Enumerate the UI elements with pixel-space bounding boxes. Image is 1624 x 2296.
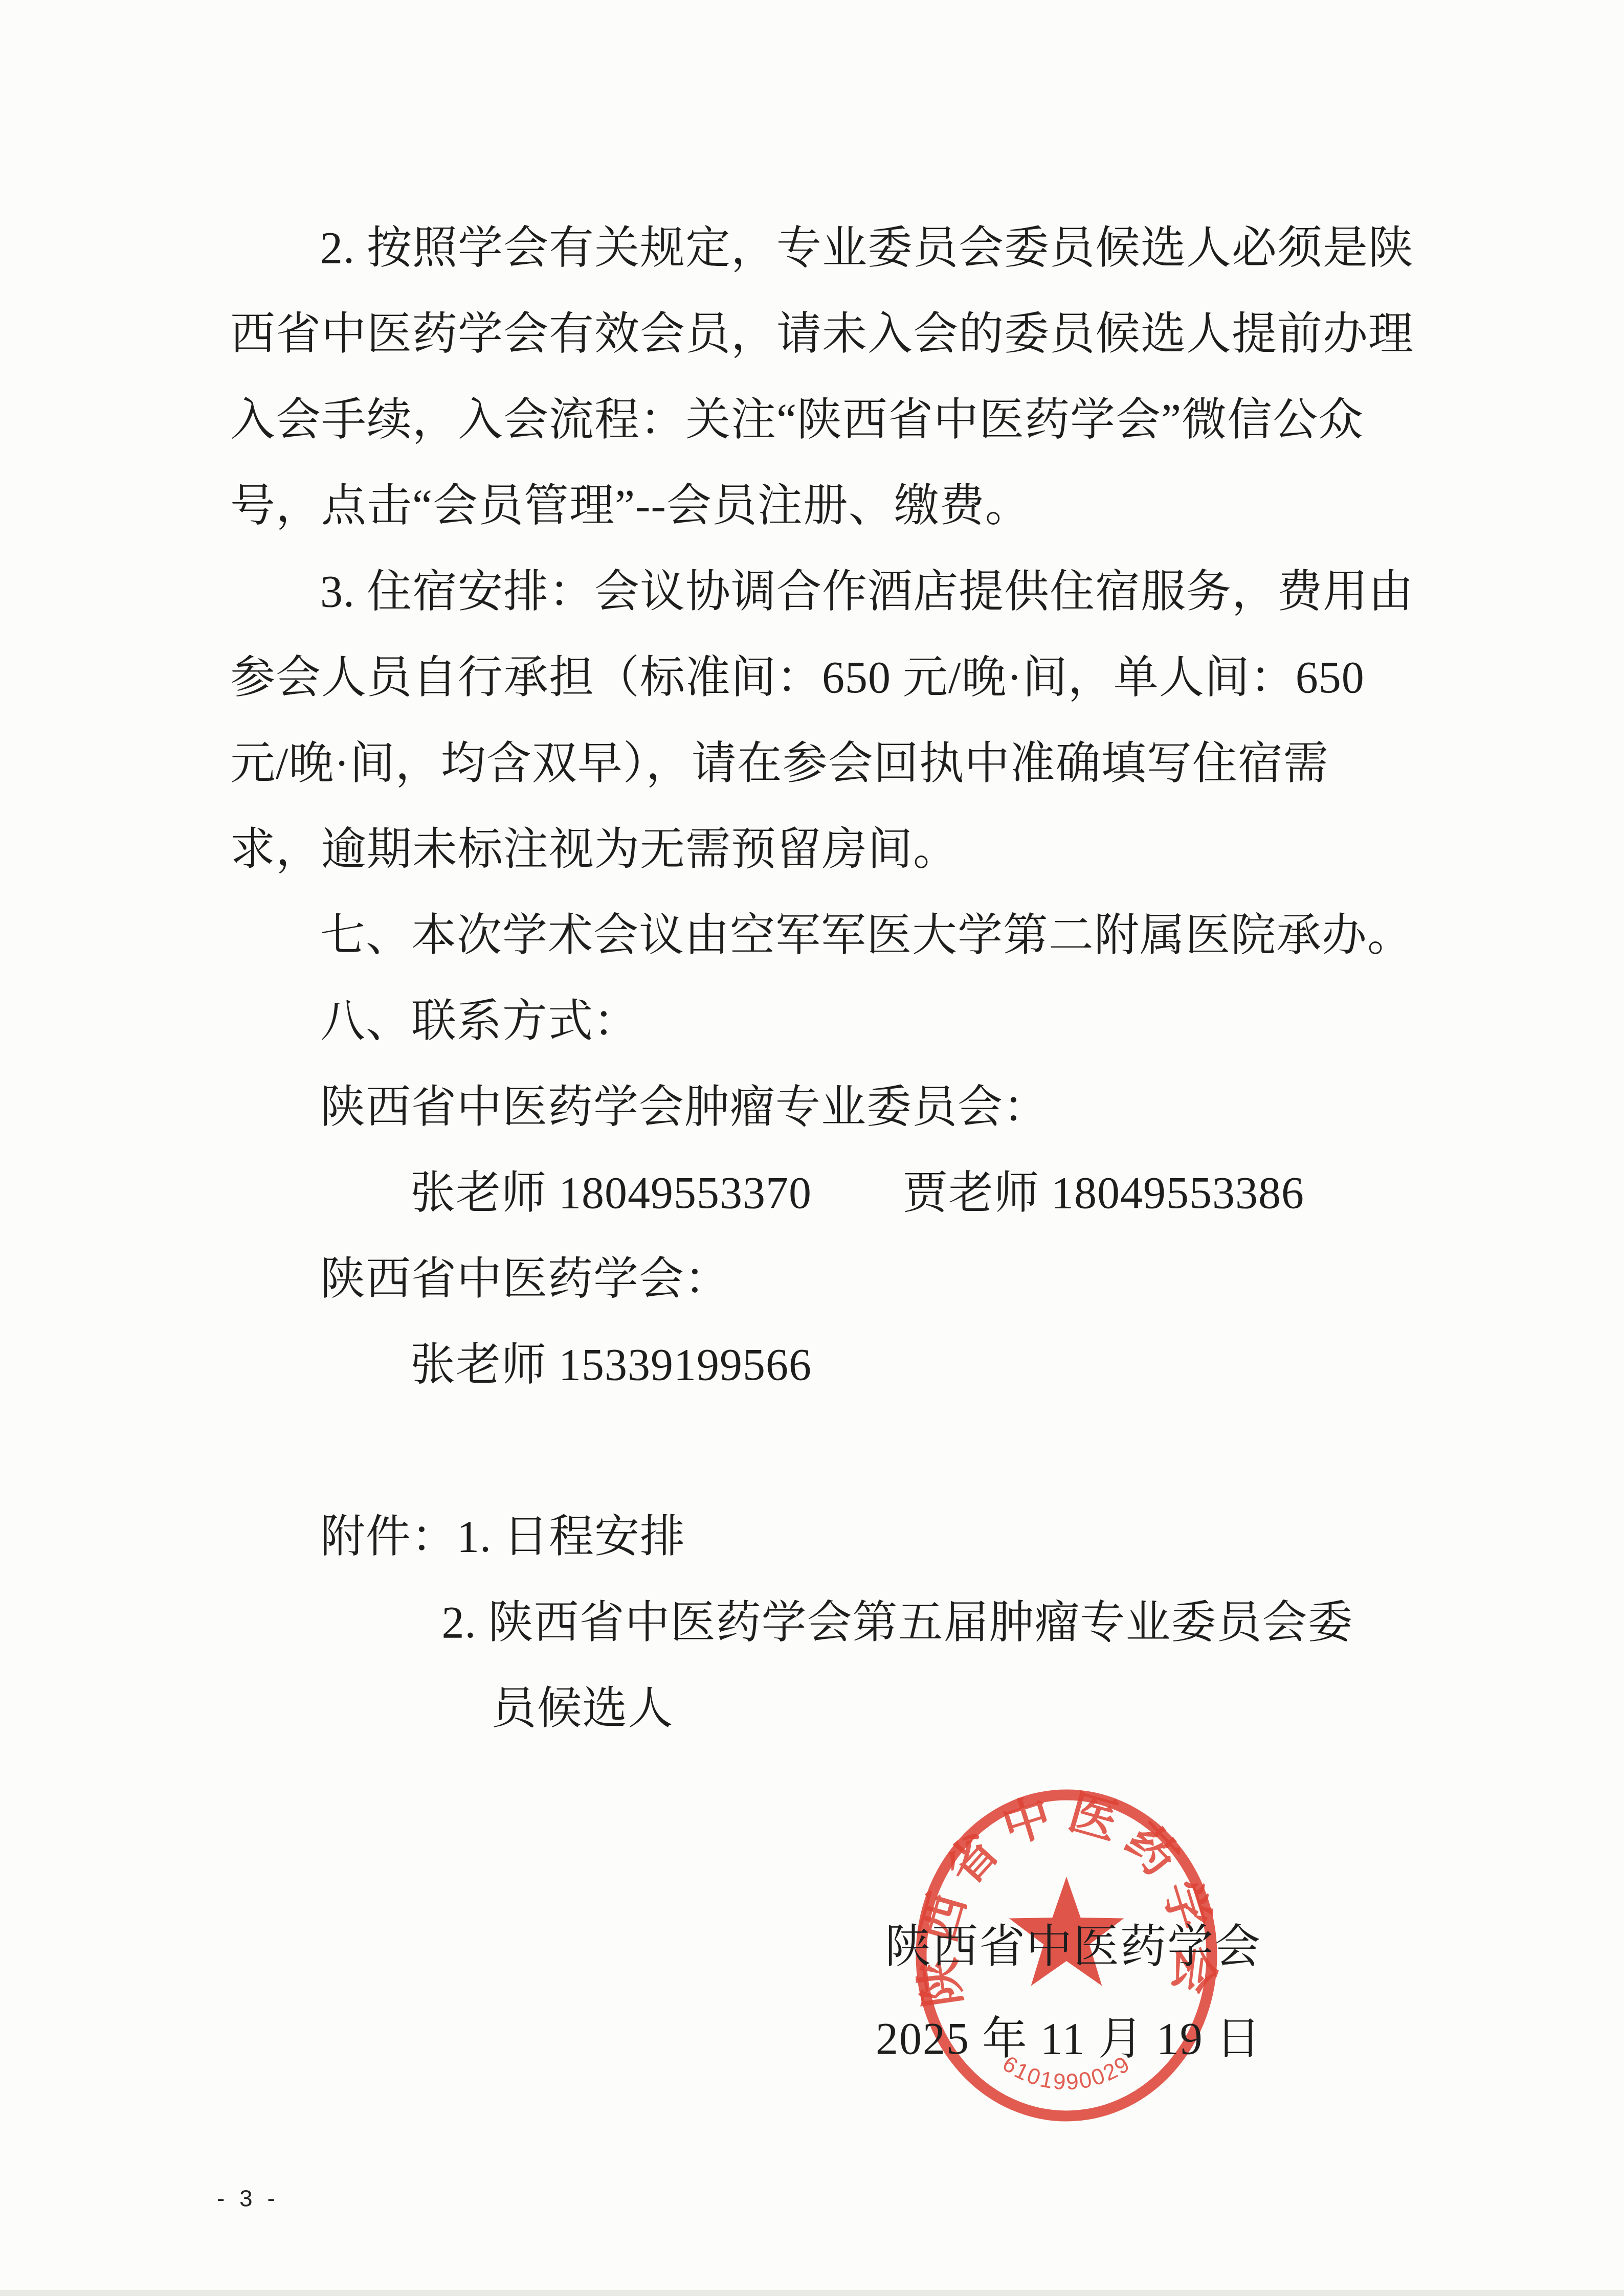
doc-line: 求，逾期未标注视为无需预留房间。 bbox=[230, 807, 1422, 893]
doc-line: 陕西省中医药学会肿瘤专业委员会： bbox=[230, 1065, 1422, 1151]
doc-line: 张老师 15339199566 bbox=[230, 1322, 1422, 1408]
doc-line: 附件：1. 日程安排 bbox=[230, 1494, 1422, 1580]
doc-line: 陕西省中医药学会： bbox=[230, 1236, 1422, 1322]
document-page: 2. 按照学会有关规定，专业委员会委员候选人必须是陕西省中医药学会有效会员，请未… bbox=[0, 0, 1624, 2296]
doc-line: 3. 住宿安排：会议协调合作酒店提供住宿服务，费用由 bbox=[230, 549, 1422, 635]
document-body: 2. 按照学会有关规定，专业委员会委员候选人必须是陕西省中医药学会有效会员，请未… bbox=[230, 206, 1422, 1752]
scan-edge-artifact bbox=[0, 2290, 1624, 2296]
doc-line: 八、联系方式： bbox=[230, 979, 1422, 1065]
doc-line: 参会人员自行承担（标准间：650 元/晚·间，单人间：650 bbox=[230, 635, 1422, 721]
doc-line: 入会手续，入会流程：关注“陕西省中医药学会”微信公众 bbox=[230, 377, 1422, 463]
doc-line: 号，点击“会员管理”--会员注册、缴费。 bbox=[230, 463, 1422, 549]
page-number: - 3 - bbox=[217, 2185, 279, 2212]
doc-line: 元/晚·间，均含双早），请在参会回执中准确填写住宿需 bbox=[230, 721, 1422, 807]
doc-line: 西省中医药学会有效会员，请未入会的委员候选人提前办理 bbox=[230, 291, 1422, 377]
doc-line: 员候选人 bbox=[230, 1666, 1422, 1752]
doc-line: 2. 按照学会有关规定，专业委员会委员候选人必须是陕 bbox=[230, 206, 1422, 291]
signature-org: 陕西省中医药学会 bbox=[885, 1904, 1261, 1990]
doc-line: 张老师 18049553370 贾老师 18049553386 bbox=[230, 1151, 1422, 1236]
doc-line: 2. 陕西省中医药学会第五届肿瘤专业委员会委 bbox=[230, 1580, 1422, 1666]
doc-line: 七、本次学术会议由空军军医大学第二附属医院承办。 bbox=[230, 893, 1422, 979]
signature-date: 2025 年 11 月 19 日 bbox=[876, 1996, 1262, 2082]
